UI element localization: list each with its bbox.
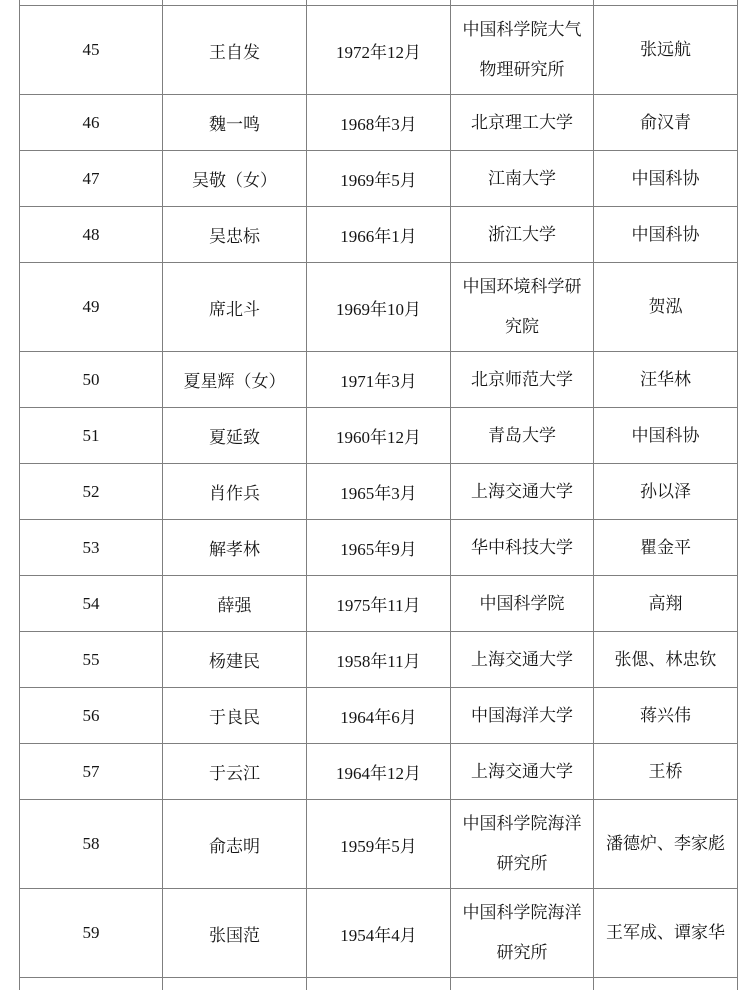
cell-institution: 中国环境科学研 究院: [451, 263, 594, 352]
table-row: 59张国范1954年4月中国科学院海洋 研究所王军成、谭家华: [20, 889, 738, 978]
cell-recommender: 王桥: [594, 744, 738, 800]
table-row: 52肖作兵1965年3月上海交通大学孙以泽: [20, 464, 738, 520]
table-row: 47吴敬（女）1969年5月江南大学中国科协: [20, 151, 738, 207]
cell-name: 吴忠标: [163, 207, 307, 263]
cell-institution: 青岛大学: [451, 408, 594, 464]
cell-seq: 57: [20, 744, 163, 800]
cell-name: 于云江: [163, 744, 307, 800]
cell-recommender: 俞汉青: [594, 95, 738, 151]
cell-name: 吴敬（女）: [163, 151, 307, 207]
cell-institution: 中国科学院海洋 研究所: [451, 800, 594, 889]
table-row: 46魏一鸣1968年3月北京理工大学俞汉青: [20, 95, 738, 151]
cell-institution: 上海交通大学: [451, 632, 594, 688]
cell-birth-date: 1964年12月: [307, 744, 451, 800]
cell-seq: 49: [20, 263, 163, 352]
cell-institution: 华中科技大学: [451, 520, 594, 576]
cell-birth-date: 1969年10月: [307, 263, 451, 352]
table-row: 49席北斗1969年10月中国环境科学研 究院贺泓: [20, 263, 738, 352]
cell-name: 王自发: [163, 6, 307, 95]
cell-recommender: 潘德炉、李家彪: [594, 800, 738, 889]
cell-name: 俞志明: [163, 800, 307, 889]
cell-recommender: 王军成、谭家华: [594, 889, 738, 978]
cell-recommender: 孙以泽: [594, 464, 738, 520]
cell-seq: 47: [20, 151, 163, 207]
cell-birth-date: 1972年12月: [307, 6, 451, 95]
cell-institution: 浙江大学: [451, 207, 594, 263]
table-row: 48吴忠标1966年1月浙江大学中国科协: [20, 207, 738, 263]
cell-seq: 58: [20, 800, 163, 889]
cell-seq: 45: [20, 6, 163, 95]
cell-institution: 江南大学: [451, 151, 594, 207]
empty-cell: [307, 978, 451, 991]
cell-seq: 53: [20, 520, 163, 576]
table-row: 57于云江1964年12月上海交通大学王桥: [20, 744, 738, 800]
table-row: 45王自发1972年12月中国科学院大气 物理研究所张远航: [20, 6, 738, 95]
cell-name: 薛强: [163, 576, 307, 632]
cell-recommender: 张远航: [594, 6, 738, 95]
cell-seq: 48: [20, 207, 163, 263]
table-row: 54薛强1975年11月中国科学院高翔: [20, 576, 738, 632]
cell-birth-date: 1969年5月: [307, 151, 451, 207]
cell-institution: 北京理工大学: [451, 95, 594, 151]
table-row: 58俞志明1959年5月中国科学院海洋 研究所潘德炉、李家彪: [20, 800, 738, 889]
cell-recommender: 张偲、林忠钦: [594, 632, 738, 688]
cell-seq: 55: [20, 632, 163, 688]
cell-recommender: 中国科协: [594, 408, 738, 464]
cell-name: 席北斗: [163, 263, 307, 352]
cell-institution: 上海交通大学: [451, 744, 594, 800]
cell-recommender: 中国科协: [594, 151, 738, 207]
cell-birth-date: 1966年1月: [307, 207, 451, 263]
empty-cell: [594, 978, 738, 991]
cell-recommender: 中国科协: [594, 207, 738, 263]
cell-birth-date: 1958年11月: [307, 632, 451, 688]
cell-birth-date: 1959年5月: [307, 800, 451, 889]
cell-birth-date: 1971年3月: [307, 352, 451, 408]
cell-recommender: 瞿金平: [594, 520, 738, 576]
cell-institution: 上海交通大学: [451, 464, 594, 520]
cell-name: 解孝林: [163, 520, 307, 576]
cell-name: 杨建民: [163, 632, 307, 688]
cell-seq: 50: [20, 352, 163, 408]
cell-name: 于良民: [163, 688, 307, 744]
cell-birth-date: 1968年3月: [307, 95, 451, 151]
cell-institution: 中国科学院大气 物理研究所: [451, 6, 594, 95]
cell-seq: 46: [20, 95, 163, 151]
cell-seq: 52: [20, 464, 163, 520]
nominee-table: 45王自发1972年12月中国科学院大气 物理研究所张远航46魏一鸣1968年3…: [19, 0, 738, 990]
cell-recommender: 蒋兴伟: [594, 688, 738, 744]
cell-recommender: 汪华林: [594, 352, 738, 408]
cell-birth-date: 1965年9月: [307, 520, 451, 576]
cell-birth-date: 1965年3月: [307, 464, 451, 520]
partial-row-bottom: [20, 978, 738, 991]
cell-recommender: 高翔: [594, 576, 738, 632]
empty-cell: [20, 978, 163, 991]
cell-birth-date: 1975年11月: [307, 576, 451, 632]
cell-institution: 中国科学院海洋 研究所: [451, 889, 594, 978]
cell-name: 夏延致: [163, 408, 307, 464]
cell-name: 肖作兵: [163, 464, 307, 520]
cell-birth-date: 1954年4月: [307, 889, 451, 978]
empty-cell: [163, 978, 307, 991]
cell-institution: 中国科学院: [451, 576, 594, 632]
cell-birth-date: 1960年12月: [307, 408, 451, 464]
cell-birth-date: 1964年6月: [307, 688, 451, 744]
cell-name: 夏星辉（女）: [163, 352, 307, 408]
cell-institution: 中国海洋大学: [451, 688, 594, 744]
cell-seq: 54: [20, 576, 163, 632]
table-row: 55杨建民1958年11月上海交通大学张偲、林忠钦: [20, 632, 738, 688]
table-row: 51夏延致1960年12月青岛大学中国科协: [20, 408, 738, 464]
empty-cell: [451, 978, 594, 991]
cell-institution: 北京师范大学: [451, 352, 594, 408]
table-row: 53解孝林1965年9月华中科技大学瞿金平: [20, 520, 738, 576]
cell-name: 张国范: [163, 889, 307, 978]
document-page: 45王自发1972年12月中国科学院大气 物理研究所张远航46魏一鸣1968年3…: [0, 0, 750, 1008]
cell-seq: 56: [20, 688, 163, 744]
cell-seq: 51: [20, 408, 163, 464]
cell-recommender: 贺泓: [594, 263, 738, 352]
cell-seq: 59: [20, 889, 163, 978]
table-row: 56于良民1964年6月中国海洋大学蒋兴伟: [20, 688, 738, 744]
table-row: 50夏星辉（女）1971年3月北京师范大学汪华林: [20, 352, 738, 408]
cell-name: 魏一鸣: [163, 95, 307, 151]
